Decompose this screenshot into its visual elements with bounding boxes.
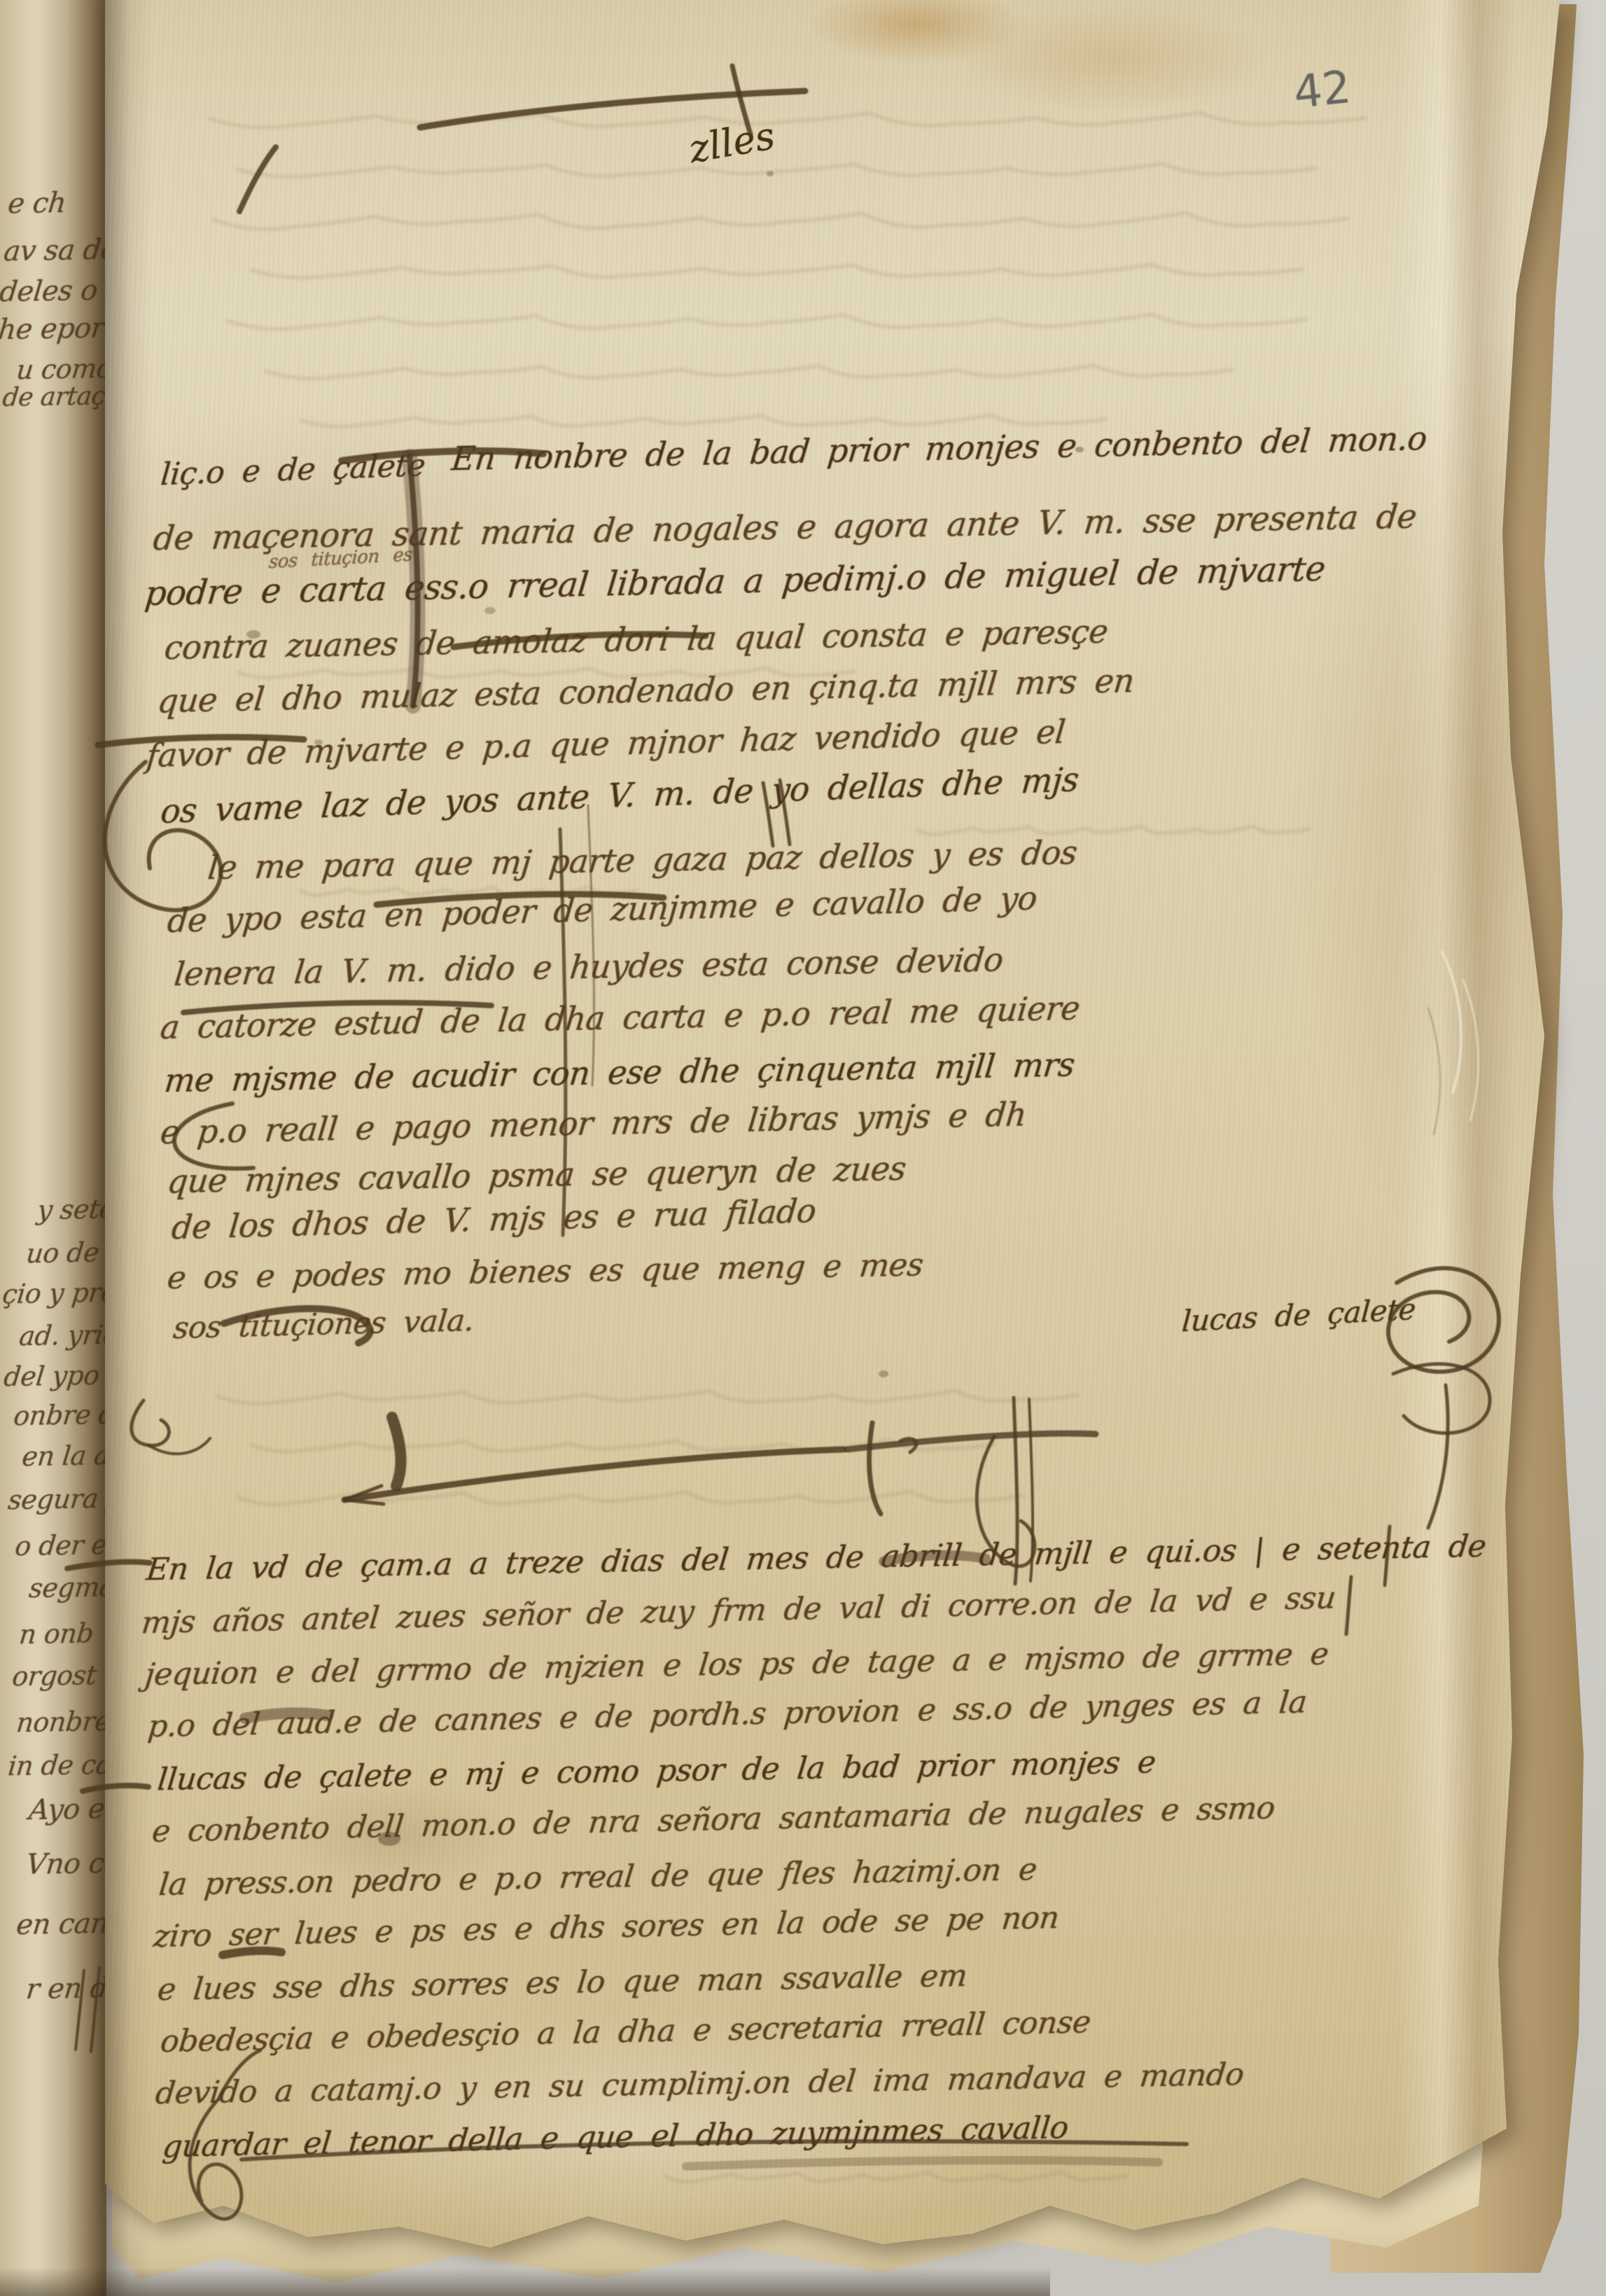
page-wrap — [0, 0, 1606, 2296]
manuscript-page — [105, 0, 1606, 2296]
scanned-manuscript: e chav sa dedeles ohe eporeesu comode ar… — [0, 0, 1606, 2296]
